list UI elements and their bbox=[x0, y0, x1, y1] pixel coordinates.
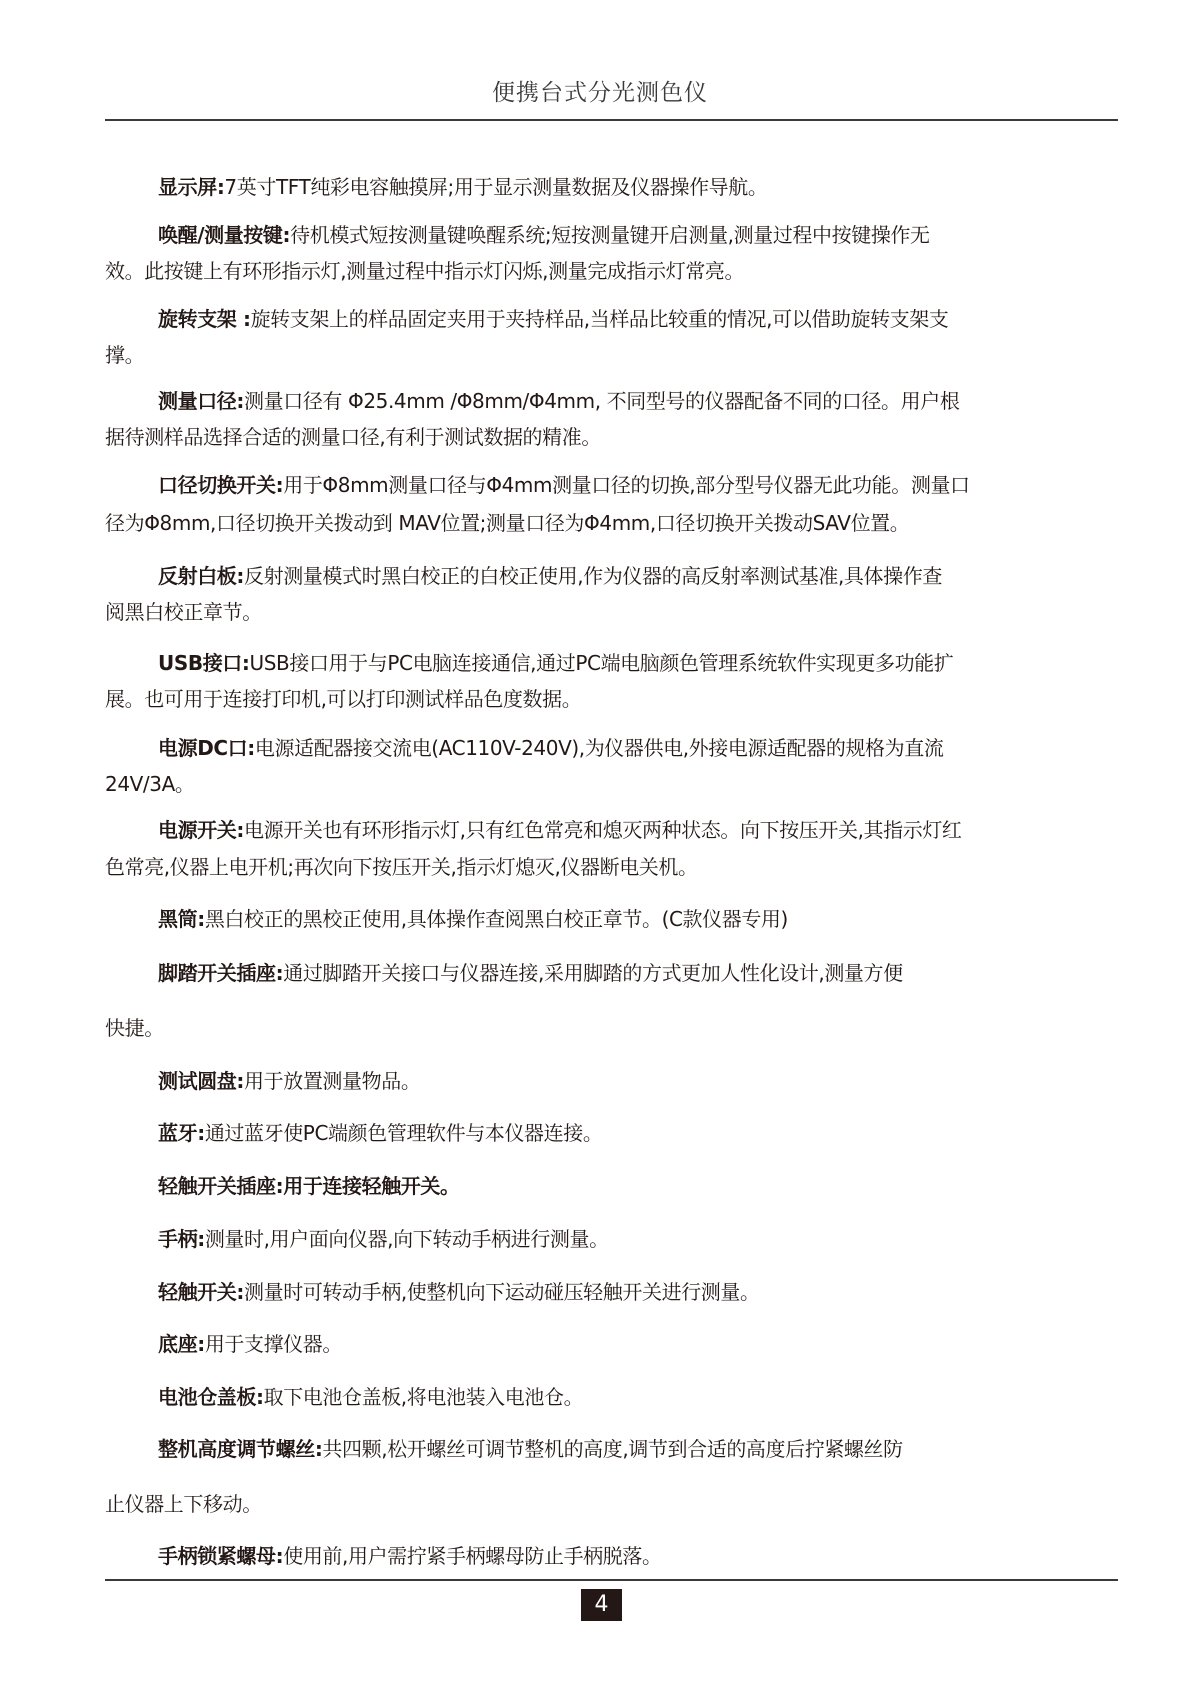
entry-text: 取下电池仓盖板,将电池装入电池仓。 bbox=[264, 1385, 584, 1409]
entry-touch-switch: 轻触开关:测量时可转动手柄,使整机向下运动碰压轻触开关进行测量。 bbox=[158, 1278, 760, 1306]
entry-separator: : bbox=[247, 736, 255, 760]
entry-text: 通过蓝牙使PC端颜色管理软件与本仪器连接。 bbox=[205, 1121, 603, 1145]
page-number: 4 bbox=[581, 1589, 622, 1621]
entry-black-trap: 黑筒:黑白校正的黑校正使用,具体操作查阅黑白校正章节。(C款仪器专用) bbox=[158, 905, 788, 933]
entry-text: 用于连接轻触开关。 bbox=[283, 1174, 459, 1198]
entry-term: 轻触开关 bbox=[158, 1280, 236, 1304]
entry-rotating-stand: 旋转支架 :旋转支架上的样品固定夹用于夹持样品,当样品比较重的情况,可以借助旋转… bbox=[158, 305, 949, 333]
entry-separator: : bbox=[236, 564, 244, 588]
entry-term: 测量口径 bbox=[158, 389, 236, 413]
entry-term: 脚踏开关插座 bbox=[158, 961, 276, 985]
entry-white-tile: 反射白板:反射测量模式时黑白校正的白校正使用,作为仪器的高反射率测试基准,具体操… bbox=[158, 562, 942, 590]
entry-text-continued: 色常亮,仪器上电开机;再次向下按压开关,指示灯熄灭,仪器断电关机。 bbox=[105, 853, 698, 881]
entry-separator: : bbox=[256, 1385, 264, 1409]
entry-wake-measure-key: 唤醒/测量按键:待机模式短按测量键唤醒系统;短按测量键开启测量,测量过程中按键操… bbox=[158, 221, 930, 249]
entry-separator: : bbox=[236, 818, 244, 842]
entry-text-continued: 快捷。 bbox=[105, 1014, 164, 1042]
entry-text: 反射测量模式时黑白校正的白校正使用,作为仪器的高反射率测试基准,具体操作查 bbox=[244, 564, 942, 588]
entry-touch-switch-socket: 轻触开关插座:用于连接轻触开关。 bbox=[158, 1172, 460, 1200]
entry-measuring-aperture: 测量口径:测量口径有 Φ25.4mm /Φ8mm/Φ4mm, 不同型号的仪器配备… bbox=[158, 387, 959, 415]
entry-term: 唤醒/测量按键 bbox=[158, 223, 283, 247]
entry-separator: : bbox=[197, 907, 205, 931]
entry-term: 蓝牙 bbox=[158, 1121, 197, 1145]
entry-term: 旋转支架 bbox=[158, 307, 243, 331]
footer-rule bbox=[105, 1579, 1118, 1581]
entry-term: USB接口 bbox=[158, 651, 242, 675]
entry-text: 用于支撑仪器。 bbox=[205, 1332, 342, 1356]
entry-base: 底座:用于支撑仪器。 bbox=[158, 1330, 342, 1358]
entry-term: 显示屏 bbox=[158, 175, 217, 199]
entry-term: 手柄锁紧螺母 bbox=[158, 1544, 276, 1568]
entry-separator: : bbox=[197, 1121, 205, 1145]
entry-separator: : bbox=[242, 651, 250, 675]
entry-term: 电源开关 bbox=[158, 818, 236, 842]
entry-text-continued: 撑。 bbox=[105, 341, 144, 369]
entry-text: 用于Φ8mm测量口径与Φ4mm测量口径的切换,部分型号仪器无此功能。测量口 bbox=[283, 473, 969, 497]
entry-text: 测量口径有 Φ25.4mm /Φ8mm/Φ4mm, 不同型号的仪器配备不同的口径… bbox=[244, 389, 959, 413]
entry-term: 手柄 bbox=[158, 1227, 197, 1251]
entry-term: 反射白板 bbox=[158, 564, 236, 588]
entry-text-continued: 据待测样品选择合适的测量口径,有利于测试数据的精准。 bbox=[105, 423, 601, 451]
entry-usb-port: USB接口:USB接口用于与PC电脑连接通信,通过PC端电脑颜色管理系统软件实现… bbox=[158, 649, 953, 677]
entry-aperture-switch: 口径切换开关:用于Φ8mm测量口径与Φ4mm测量口径的切换,部分型号仪器无此功能… bbox=[158, 471, 970, 499]
entry-separator: : bbox=[243, 307, 251, 331]
entry-text: 用于放置测量物品。 bbox=[244, 1069, 420, 1093]
entry-text-continued: 阅黑白校正章节。 bbox=[105, 598, 262, 626]
entry-dc-power-port: 电源DC口:电源适配器接交流电(AC110V-240V),为仪器供电,外接电源适… bbox=[158, 734, 943, 762]
entry-separator: : bbox=[236, 1069, 244, 1093]
entry-separator: : bbox=[283, 223, 291, 247]
entry-text-continued: 24V/3A。 bbox=[105, 770, 194, 798]
entry-term: 底座 bbox=[158, 1332, 197, 1356]
entry-text: 使用前,用户需拧紧手柄螺母防止手柄脱落。 bbox=[283, 1544, 661, 1568]
page-header-title: 便携台式分光测色仪 bbox=[0, 74, 1200, 107]
entry-battery-cover: 电池仓盖板:取下电池仓盖板,将电池装入电池仓。 bbox=[158, 1383, 583, 1411]
entry-text: 测量时可转动手柄,使整机向下运动碰压轻触开关进行测量。 bbox=[244, 1280, 760, 1304]
entry-term: 整机高度调节螺丝 bbox=[158, 1437, 315, 1461]
entry-text-continued: 效。此按键上有环形指示灯,测量过程中指示灯闪烁,测量完成指示灯常亮。 bbox=[105, 257, 744, 285]
entry-term: 黑筒 bbox=[158, 907, 197, 931]
entry-text-continued: 径为Φ8mm,口径切换开关拨动到 MAV位置;测量口径为Φ4mm,口径切换开关拨… bbox=[105, 509, 909, 537]
entry-term: 电池仓盖板 bbox=[158, 1385, 256, 1409]
entry-text: 测量时,用户面向仪器,向下转动手柄进行测量。 bbox=[205, 1227, 609, 1251]
entry-separator: : bbox=[197, 1332, 205, 1356]
entry-text: 黑白校正的黑校正使用,具体操作查阅黑白校正章节。(C款仪器专用) bbox=[205, 907, 788, 931]
entry-height-adjust-screw: 整机高度调节螺丝:共四颗,松开螺丝可调节整机的高度,调节到合适的高度后拧紧螺丝防 bbox=[158, 1435, 903, 1463]
entry-text: 待机模式短按测量键唤醒系统;短按测量键开启测量,测量过程中按键操作无 bbox=[290, 223, 930, 247]
entry-term: 口径切换开关 bbox=[158, 473, 276, 497]
entry-text: 7英寸TFT纯彩电容触摸屏;用于显示测量数据及仪器操作导航。 bbox=[224, 175, 767, 199]
entry-text-continued: 止仪器上下移动。 bbox=[105, 1490, 262, 1518]
entry-text: 共四颗,松开螺丝可调节整机的高度,调节到合适的高度后拧紧螺丝防 bbox=[322, 1437, 902, 1461]
entry-text: 旋转支架上的样品固定夹用于夹持样品,当样品比较重的情况,可以借助旋转支架支 bbox=[251, 307, 949, 331]
header-rule bbox=[105, 119, 1118, 121]
entry-text: 通过脚踏开关接口与仪器连接,采用脚踏的方式更加人性化设计,测量方便 bbox=[283, 961, 903, 985]
entry-text-continued: 展。也可用于连接打印机,可以打印测试样品色度数据。 bbox=[105, 685, 581, 713]
entry-term: 轻触开关插座 bbox=[158, 1174, 276, 1198]
entry-text: 电源开关也有环形指示灯,只有红色常亮和熄灭两种状态。向下按压开关,其指示灯红 bbox=[244, 818, 962, 842]
entry-bluetooth: 蓝牙:通过蓝牙使PC端颜色管理软件与本仪器连接。 bbox=[158, 1119, 602, 1147]
entry-text: USB接口用于与PC电脑连接通信,通过PC端电脑颜色管理系统软件实现更多功能扩 bbox=[250, 651, 954, 675]
entry-display-screen: 显示屏:7英寸TFT纯彩电容触摸屏;用于显示测量数据及仪器操作导航。 bbox=[158, 173, 767, 201]
entry-handle-lock-nut: 手柄锁紧螺母:使用前,用户需拧紧手柄螺母防止手柄脱落。 bbox=[158, 1542, 662, 1570]
entry-text: 电源适配器接交流电(AC110V-240V),为仪器供电,外接电源适配器的规格为… bbox=[255, 736, 944, 760]
entry-term: 测试圆盘 bbox=[158, 1069, 236, 1093]
entry-separator: : bbox=[197, 1227, 205, 1251]
entry-test-disc: 测试圆盘:用于放置测量物品。 bbox=[158, 1067, 420, 1095]
entry-separator: : bbox=[236, 389, 244, 413]
entry-handle: 手柄:测量时,用户面向仪器,向下转动手柄进行测量。 bbox=[158, 1225, 609, 1253]
entry-foot-switch-socket: 脚踏开关插座:通过脚踏开关接口与仪器连接,采用脚踏的方式更加人性化设计,测量方便 bbox=[158, 959, 903, 987]
entry-separator: : bbox=[236, 1280, 244, 1304]
entry-term: 电源DC口 bbox=[158, 736, 247, 760]
entry-power-switch: 电源开关:电源开关也有环形指示灯,只有红色常亮和熄灭两种状态。向下按压开关,其指… bbox=[158, 816, 962, 844]
